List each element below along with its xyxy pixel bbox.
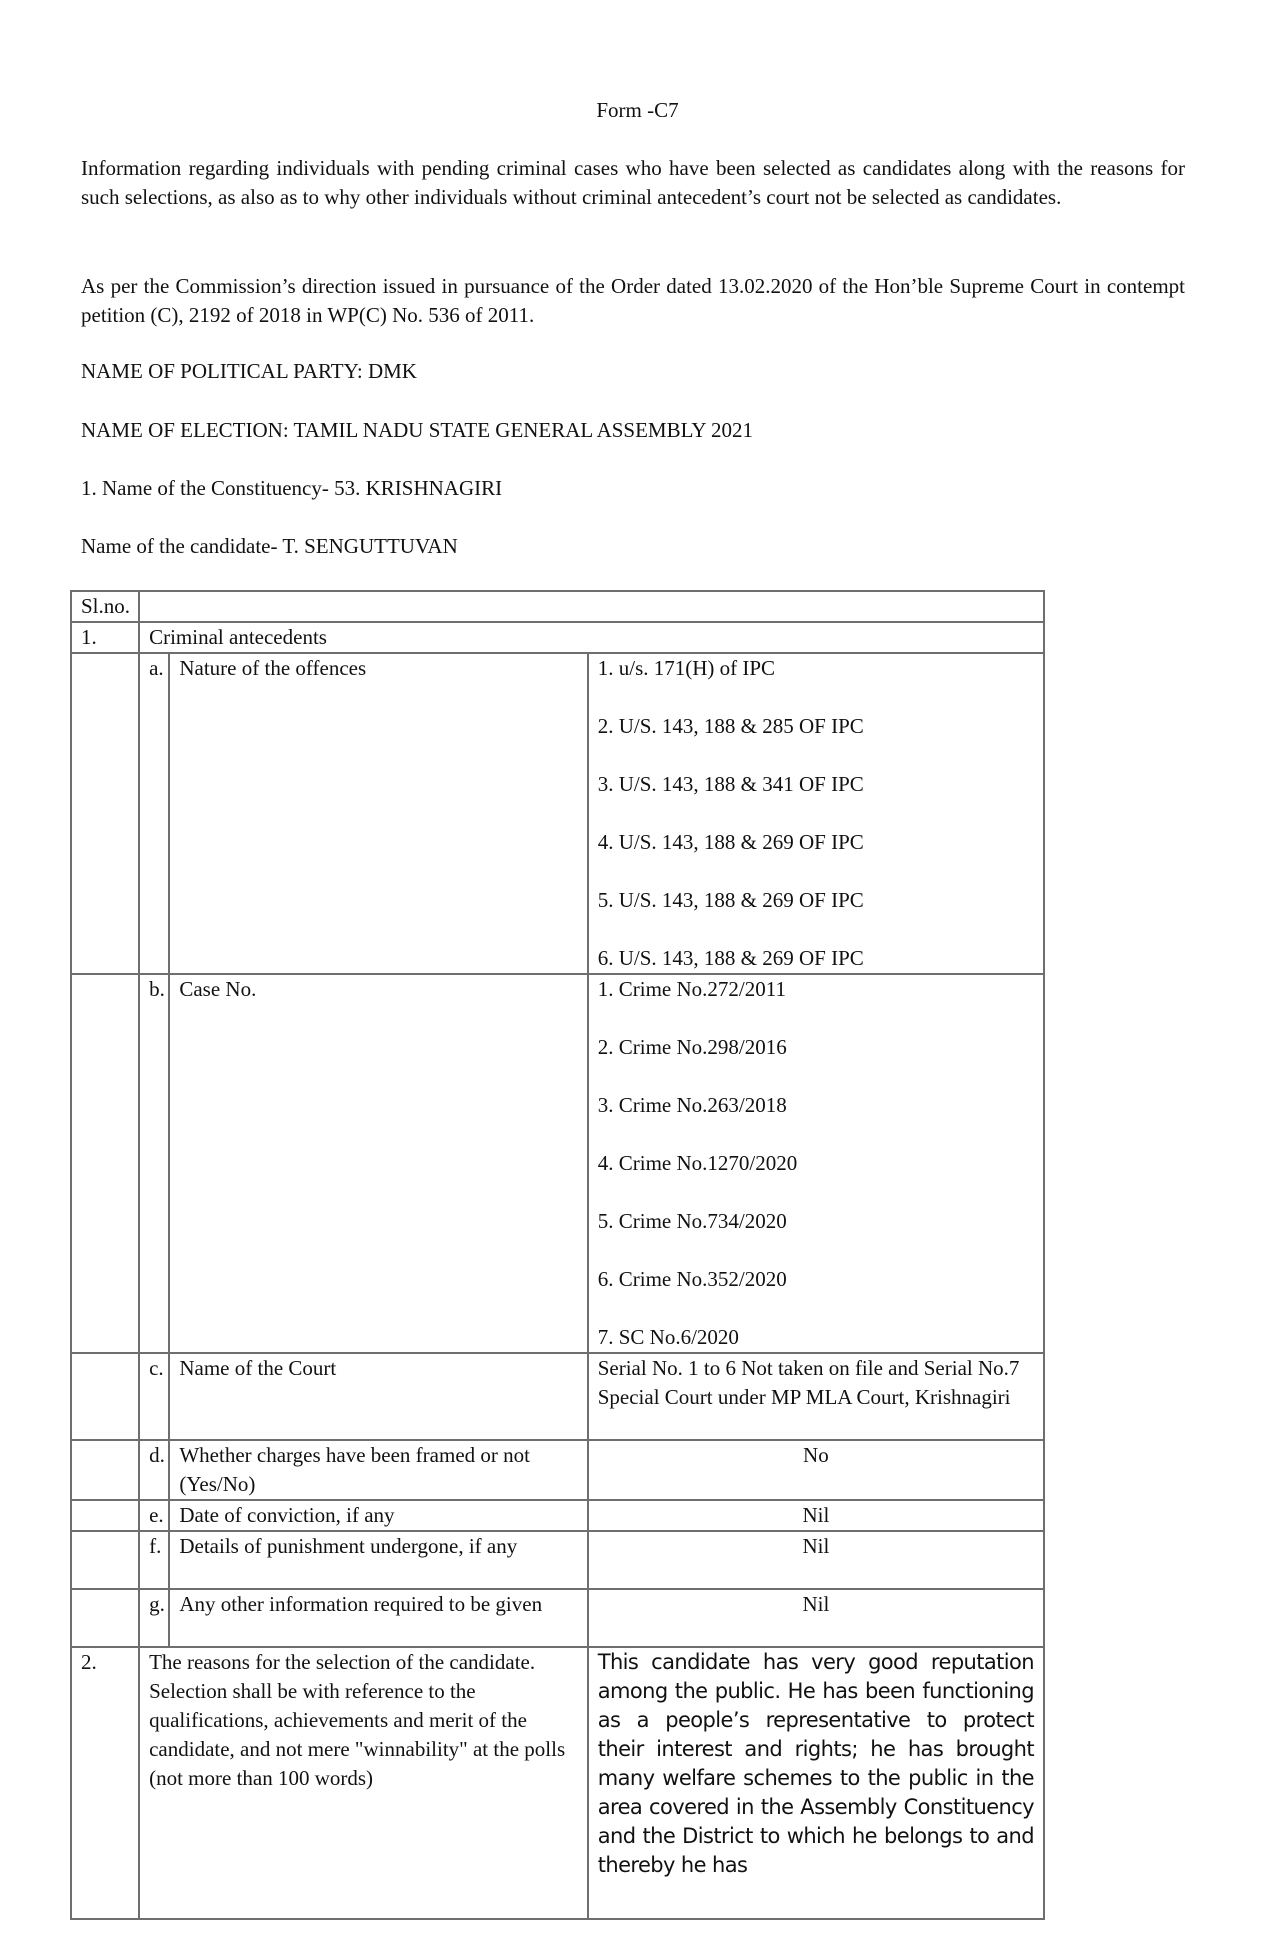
table-row-g: g. Any other information required to be … [71,1589,1044,1647]
list-item: 1. u/s. 171(H) of IPC [598,654,1034,712]
candidate-name: Name of the candidate- T. SENGUTTUVAN [81,534,458,559]
section-2-row: 2. The reasons for the selection of the … [71,1647,1044,1919]
row-letter: e. [139,1500,169,1531]
conviction-date-value: Nil [588,1500,1044,1531]
row-letter: d. [139,1440,169,1500]
sl-no-header: Sl.no. [71,591,139,622]
row-letter: b. [139,974,169,1353]
offences-list: 1. u/s. 171(H) of IPC 2. U/S. 143, 188 &… [588,653,1044,974]
table-row-d: d. Whether charges have been framed or n… [71,1440,1044,1500]
row-label: Name of the Court [169,1353,587,1440]
election-name: NAME OF ELECTION: TAMIL NADU STATE GENER… [81,418,753,443]
table-row-e: e. Date of conviction, if any Nil [71,1500,1044,1531]
sl-blank [71,974,139,1353]
list-item: 5. Crime No.734/2020 [598,1207,1034,1265]
sl-blank [71,653,139,974]
sl-blank [71,1589,139,1647]
sl-blank [71,1353,139,1440]
section-1-row: 1. Criminal antecedents [71,622,1044,653]
row-label: Whether charges have been framed or not … [169,1440,587,1500]
direction-paragraph: As per the Commission’s direction issued… [81,272,1185,330]
selection-reasons-value: This candidate has very good reputation … [588,1647,1044,1919]
sl-blank [71,1531,139,1589]
form-title: Form -C7 [0,98,1275,123]
section-1-title: Criminal antecedents [139,622,1044,653]
other-info-value: Nil [588,1589,1044,1647]
sl-blank [71,1500,139,1531]
sl-blank [71,1440,139,1500]
row-letter: g. [139,1589,169,1647]
list-item: 3. Crime No.263/2018 [598,1091,1034,1149]
section-1-sl: 1. [71,622,139,653]
row-label: Case No. [169,974,587,1353]
list-item: 1. Crime No.272/2011 [598,975,1034,1033]
row-label: Date of conviction, if any [169,1500,587,1531]
constituency-name: 1. Name of the Constituency- 53. KRISHNA… [81,476,502,501]
table-row-c: c. Name of the Court Serial No. 1 to 6 N… [71,1353,1044,1440]
table-row-b: b. Case No. 1. Crime No.272/2011 2. Crim… [71,974,1044,1353]
row-letter: a. [139,653,169,974]
table-row-a: a. Nature of the offences 1. u/s. 171(H)… [71,653,1044,974]
table-row-f: f. Details of punishment undergone, if a… [71,1531,1044,1589]
list-item: 5. U/S. 143, 188 & 269 OF IPC [598,886,1034,944]
row-letter: f. [139,1531,169,1589]
row-letter: c. [139,1353,169,1440]
list-item: 2. Crime No.298/2016 [598,1033,1034,1091]
row-label: Nature of the offences [169,653,587,974]
intro-paragraph: Information regarding individuals with p… [81,154,1185,212]
table-header-row: Sl.no. [71,591,1044,622]
section-2-sl: 2. [71,1647,139,1919]
punishment-value: Nil [588,1531,1044,1589]
header-blank-cell [139,591,1044,622]
case-no-list: 1. Crime No.272/2011 2. Crime No.298/201… [588,974,1044,1353]
list-item: 4. U/S. 143, 188 & 269 OF IPC [598,828,1034,886]
row-label: Any other information required to be giv… [169,1589,587,1647]
list-item: 3. U/S. 143, 188 & 341 OF IPC [598,770,1034,828]
list-item: 6. U/S. 143, 188 & 269 OF IPC [598,944,1034,973]
list-item: 4. Crime No.1270/2020 [598,1149,1034,1207]
list-item: 7. SC No.6/2020 [598,1323,1034,1352]
party-name: NAME OF POLITICAL PARTY: DMK [81,359,417,384]
court-name-value: Serial No. 1 to 6 Not taken on file and … [588,1353,1044,1440]
list-item: 2. U/S. 143, 188 & 285 OF IPC [598,712,1034,770]
criminal-antecedents-table: Sl.no. 1. Criminal antecedents a. Nature… [70,590,1045,1920]
charges-framed-value: No [588,1440,1044,1500]
row-label: Details of punishment undergone, if any [169,1531,587,1589]
selection-reasons-label: The reasons for the selection of the can… [139,1647,588,1919]
list-item: 6. Crime No.352/2020 [598,1265,1034,1323]
